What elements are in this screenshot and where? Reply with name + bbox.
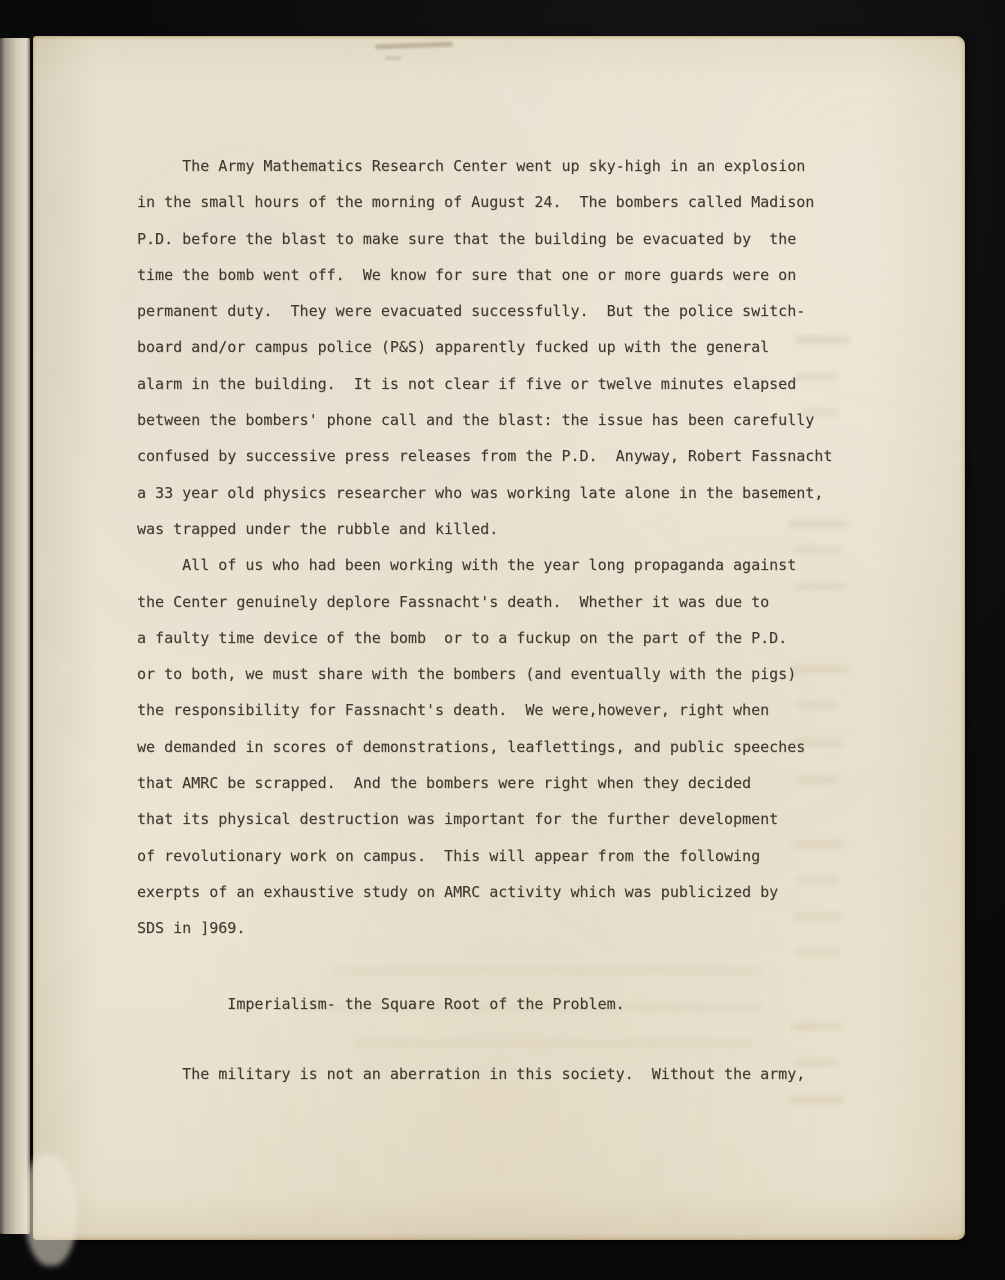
underlying-page-edge <box>0 38 30 1234</box>
pencil-smudge <box>375 42 453 50</box>
bleed-through-mark <box>789 1095 845 1104</box>
scan-background: The Army Mathematics Research Center wen… <box>0 0 1005 1280</box>
bleed-through-mark <box>791 1022 843 1031</box>
body-paragraphs: The Army Mathematics Research Center wen… <box>137 148 832 947</box>
worn-page-edge <box>25 1154 77 1266</box>
closing-line: The military is not an aberration in thi… <box>137 1056 805 1092</box>
bleed-through-mark <box>795 948 841 957</box>
pencil-smudge-small <box>385 56 401 60</box>
section-heading: Imperialism- the Square Root of the Prob… <box>137 986 625 1022</box>
document-page: The Army Mathematics Research Center wen… <box>33 36 965 1240</box>
bleed-through-mark <box>353 1039 753 1048</box>
bleed-through-mark <box>333 966 763 975</box>
